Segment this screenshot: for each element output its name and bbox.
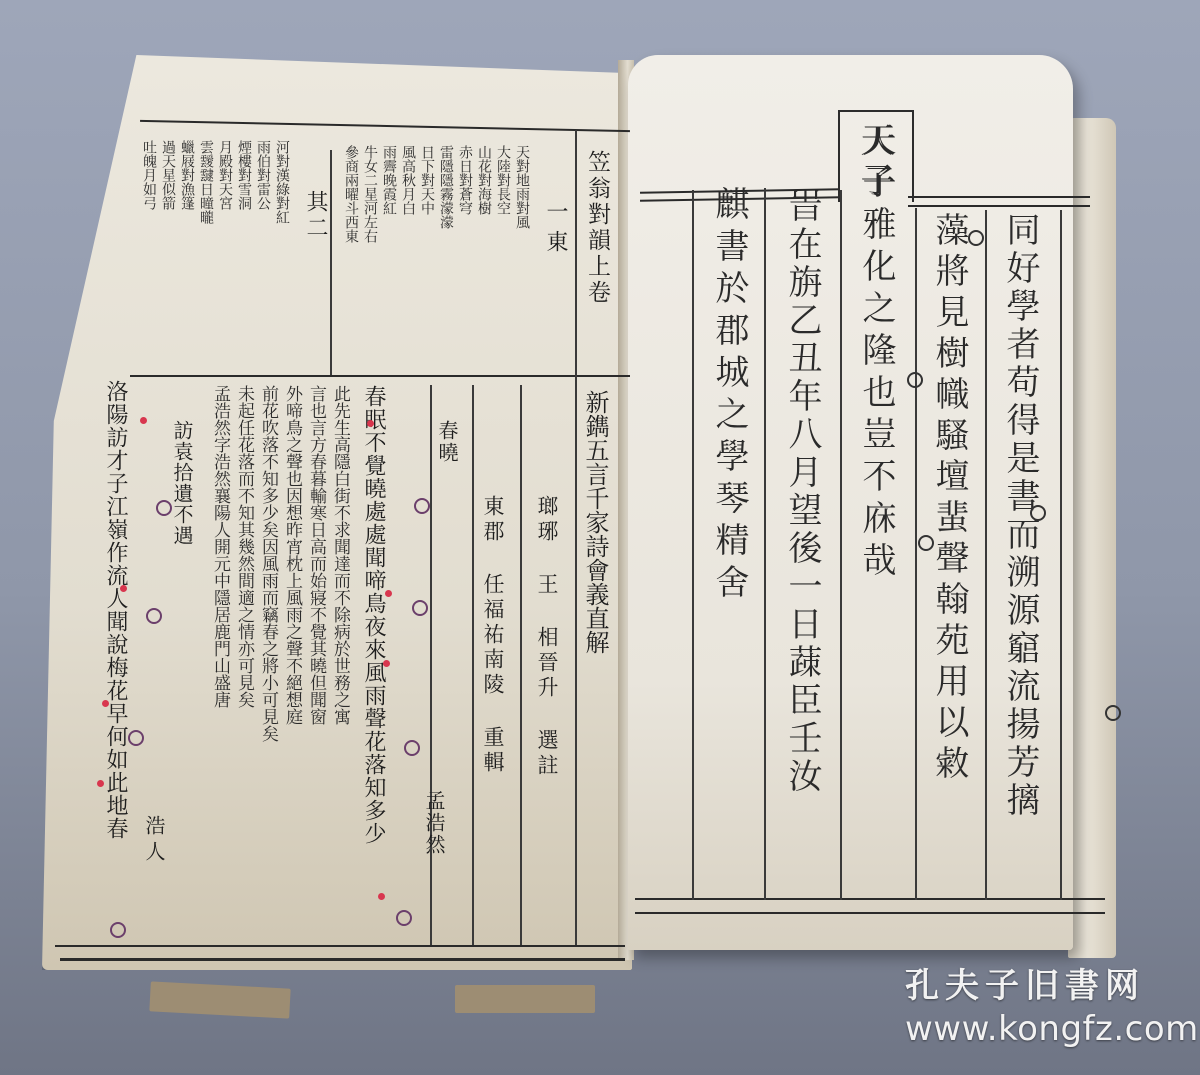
purple-rhyme-circle <box>414 498 430 514</box>
editor-credit-2: 東郡 任福祐南陵 重輯 <box>478 495 508 776</box>
poem-text: 春眠不覺曉處處聞啼鳥夜來風雨聲花落知多少 <box>358 385 389 845</box>
frame-bottom-thick <box>60 958 625 961</box>
purple-rhyme-circle <box>396 910 412 926</box>
frame-bottom-inner <box>635 912 1105 914</box>
torn-paper-scrap <box>149 981 290 1018</box>
section-rule <box>330 150 332 375</box>
column-rule <box>1060 210 1062 900</box>
punctuation-circle <box>1030 505 1046 521</box>
red-punctuation-dot <box>383 660 390 667</box>
column-rule <box>520 385 522 945</box>
second-poem-author-fragment: 浩人 <box>140 815 169 867</box>
poem-author: 孟浩然 <box>420 790 449 856</box>
preface-column-2: 藻將見樹幟騷壇蜚聲翰苑用以敹 <box>925 212 974 786</box>
purple-rhyme-circle <box>404 740 420 756</box>
commentary-block: 此先生高隱白街不求聞達而不除病於世務之寓 言也言方春暮輸寒日高而始寢不覺其曉但聞… <box>200 385 350 945</box>
rhyme-label: 一東 <box>540 200 571 260</box>
preface-column-4-date: 旹在旃乙丑年八月望後一日䔫臣壬汝 <box>778 188 827 796</box>
site-watermark: 孔夫子旧書网 www.kongfz.com <box>905 958 1199 1049</box>
punctuation-circle <box>918 535 934 551</box>
red-punctuation-dot <box>367 420 374 427</box>
torn-paper-scrap <box>455 985 595 1013</box>
poem-title: 春曉 <box>433 420 462 464</box>
punctuation-circle <box>968 230 984 246</box>
column-rule <box>472 385 474 945</box>
watermark-name: 孔夫子旧書网 <box>905 958 1199 1007</box>
register-divider <box>130 375 630 377</box>
second-poem-text: 洛陽訪才子江嶺作流人聞說梅花早何如此地春 <box>100 380 131 840</box>
page-stack-edge <box>1068 118 1116 958</box>
red-punctuation-dot <box>140 417 147 424</box>
section-label: 其二 <box>300 190 331 242</box>
punctuation-circle <box>1105 705 1121 721</box>
purple-rhyme-circle <box>110 922 126 938</box>
purple-rhyme-circle <box>156 500 172 516</box>
frame-top-right <box>908 196 1090 198</box>
column-rule <box>985 210 987 900</box>
red-punctuation-dot <box>378 893 385 900</box>
rhyme-text-block-2: 河對漢綠對紅 雨伯對雷公 煙樓對雪洞 月殿對天宮 雲靉靆日曈曨 蠟屐對漁篷 過天… <box>140 140 290 372</box>
second-poem-title: 訪袁拾遺不遇 <box>168 420 197 546</box>
column-rule <box>430 385 432 945</box>
red-punctuation-dot <box>102 700 109 707</box>
column-rule <box>764 188 766 900</box>
red-punctuation-dot <box>120 585 127 592</box>
editor-credit-1: 瑯琊 王 相晉升 選註 <box>532 495 562 779</box>
column-rule <box>915 208 917 900</box>
red-punctuation-dot <box>385 590 392 597</box>
rhyme-text-block-1: 天對地雨對風 大陸對長空 山花對海樹 赤日對蒼穹 雷隱隱霧濛濛 日下對天中 風高… <box>340 145 530 373</box>
book-title: 笠翁對韻上卷 <box>581 150 614 306</box>
red-punctuation-dot <box>97 780 104 787</box>
frame-top-right-inner <box>908 205 1090 207</box>
preface-column-3: 天子雅化之隆也豈不庥哉 <box>852 122 901 584</box>
open-book-photo: 天子 同好學者苟得是書而溯源竆流揚芳摛 藻將見樹幟騷壇蜚聲翰苑用以敹 天子雅化之… <box>0 0 1200 1075</box>
frame-bottom <box>635 898 1105 900</box>
preface-column-5-signature: 麒書於郡城之學琴精舍 <box>705 186 754 606</box>
title-column-rule <box>575 130 577 945</box>
purple-rhyme-circle <box>146 608 162 624</box>
column-rule <box>692 190 694 900</box>
purple-rhyme-circle <box>412 600 428 616</box>
collection-title: 新鐫五言千家詩會義直解 <box>578 390 613 654</box>
punctuation-circle <box>907 372 923 388</box>
column-rule <box>840 190 842 900</box>
watermark-url: www.kongfz.com <box>905 1009 1199 1049</box>
purple-rhyme-circle <box>128 730 144 746</box>
frame-bottom <box>55 945 625 947</box>
